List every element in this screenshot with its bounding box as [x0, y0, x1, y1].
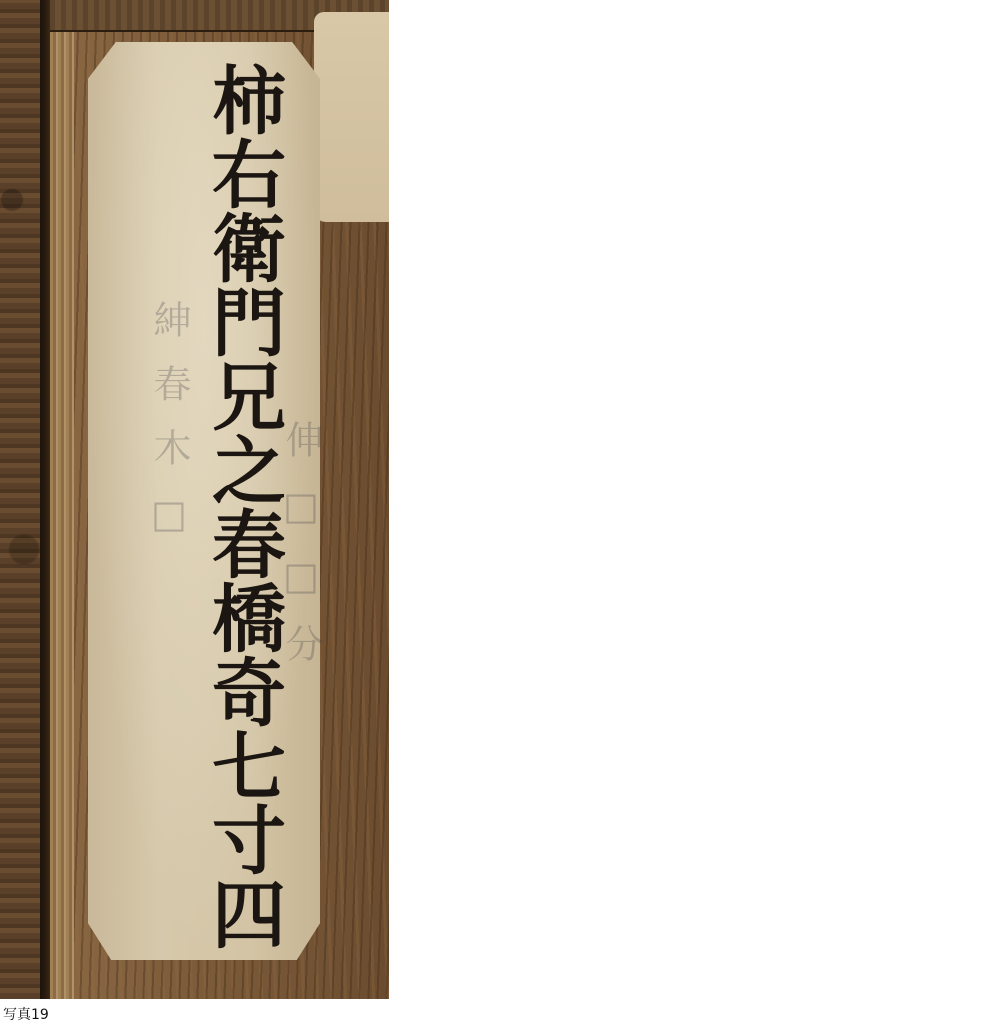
photo-caption: 写真19 — [3, 1004, 49, 1024]
wood-edge-strip — [50, 32, 74, 999]
calligraphy-inscription: 柿右衛門兄之春橋奇七寸四 — [140, 62, 280, 950]
photograph: 紳春木□ 伸□□分 柿右衛門兄之春橋奇七寸四 — [0, 0, 389, 999]
left-wood-board — [0, 0, 40, 999]
corner-paper-label — [314, 12, 389, 222]
bleed-through-text-right: 伸□□分 — [282, 420, 320, 688]
board-gap — [40, 0, 50, 999]
